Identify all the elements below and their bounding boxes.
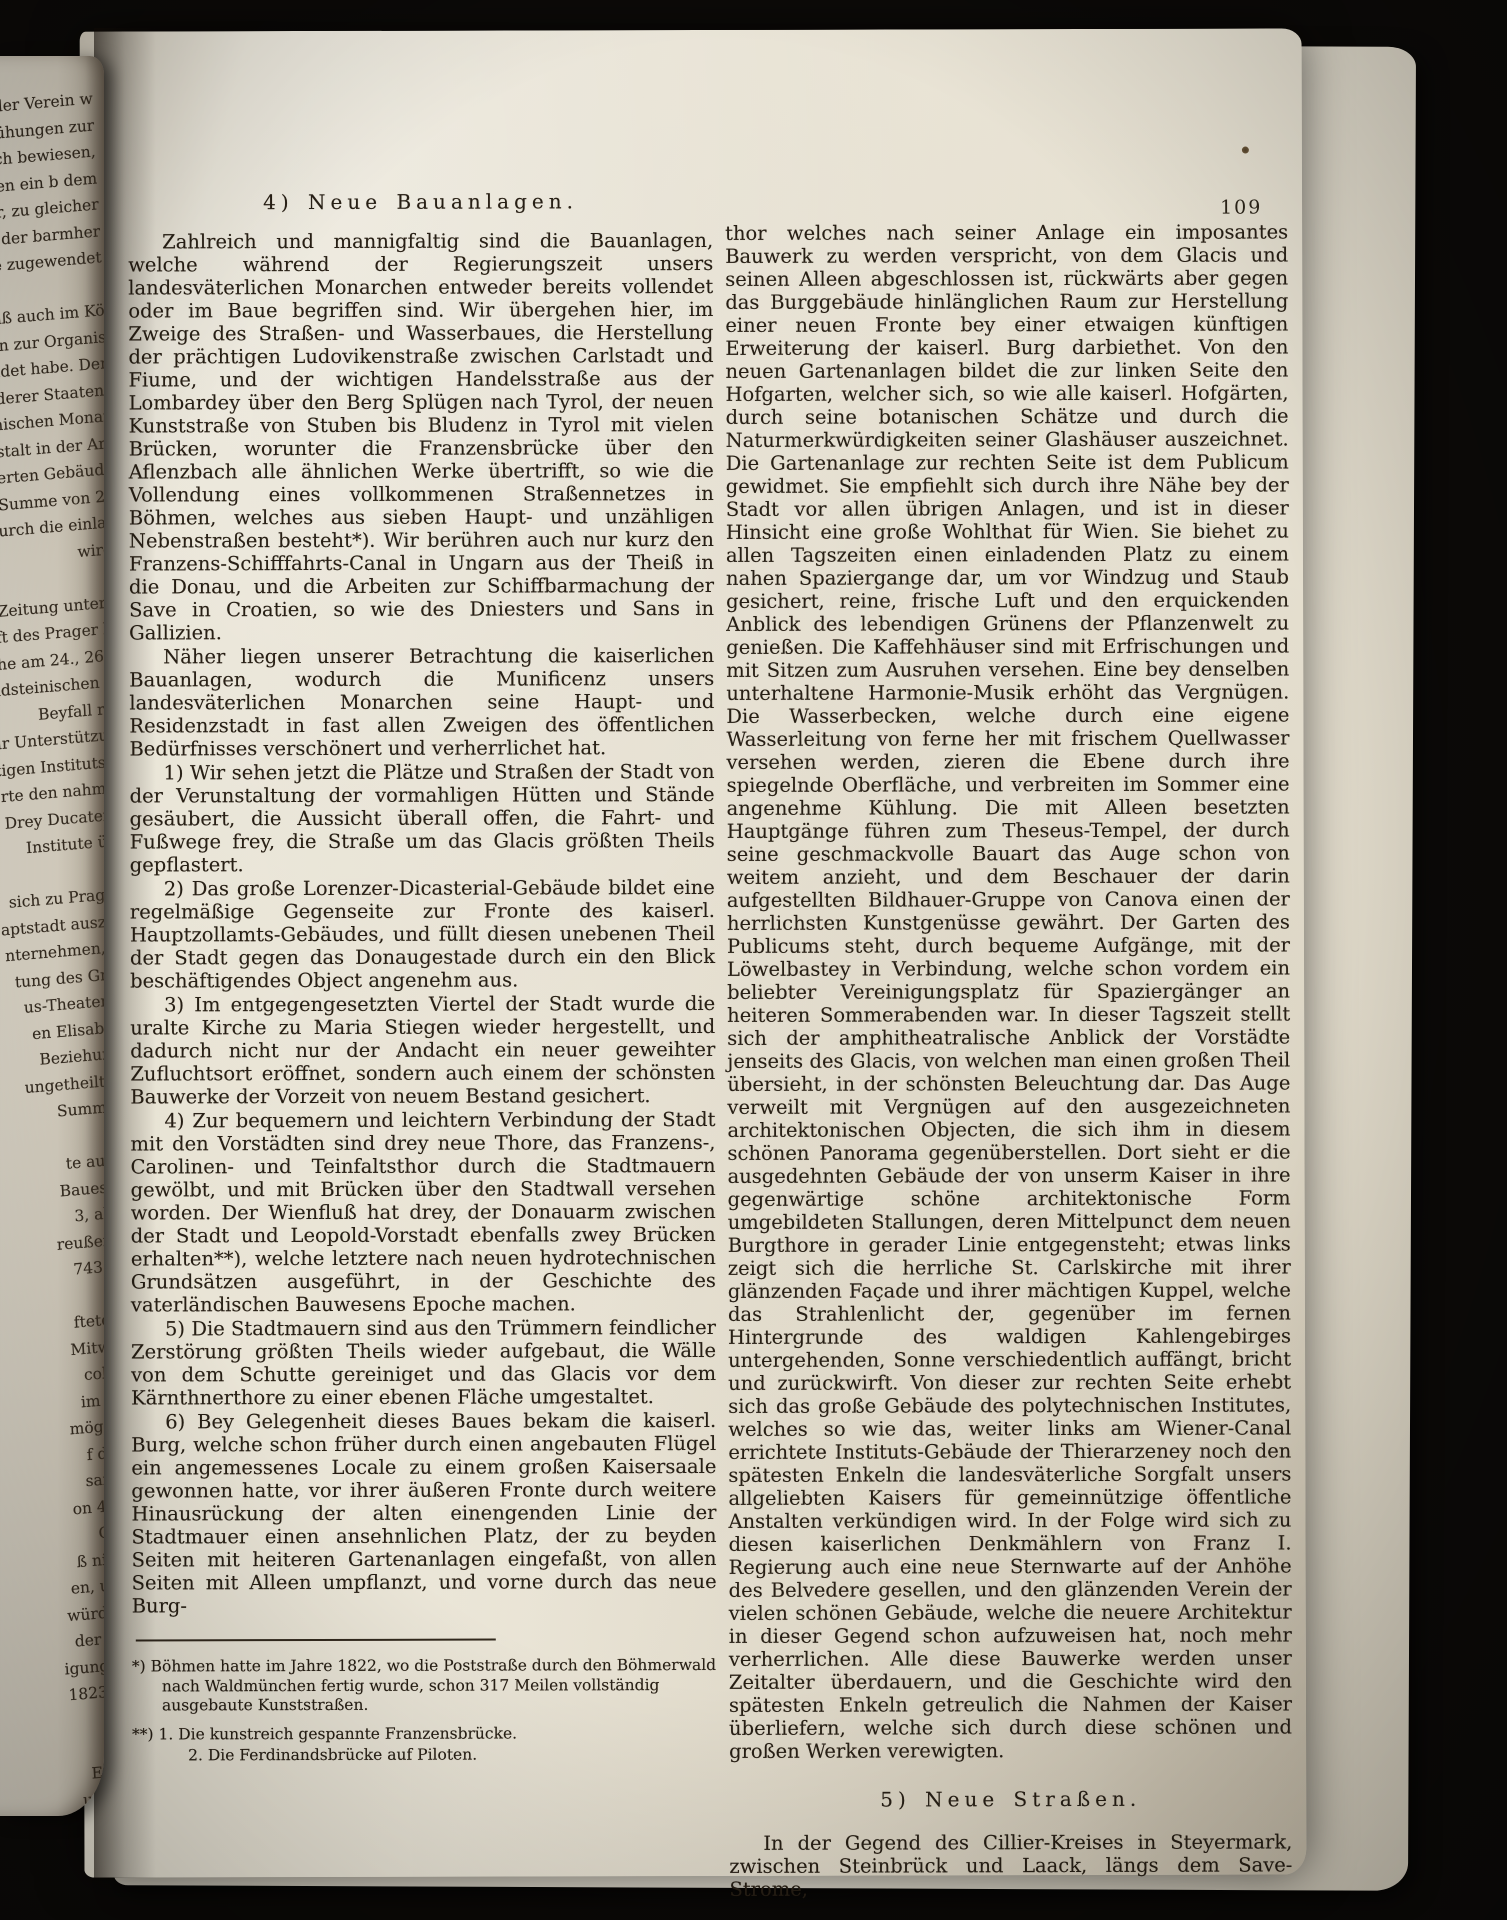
paragraph: In der Gegend des Cillier-Kreises in Ste… <box>729 1830 1292 1900</box>
footnote: **) 1. Die kunstreich gespannte Franzens… <box>132 1723 717 1744</box>
footnote: 2. Die Ferdinandsbrücke auf Piloten. <box>132 1745 717 1766</box>
previous-page-text-fragments: 1824 hat der Verein wne Bemühungen zurer… <box>0 89 104 1816</box>
left-column-paragraphs: Zahlreich und mannigfaltig sind die Baua… <box>128 229 717 1618</box>
paragraph: Näher liegen unserer Betrachtung die kai… <box>129 644 714 761</box>
paragraph: 5) Die Stadtmauern sind aus den Trümmern… <box>131 1316 716 1410</box>
paper-speck <box>1242 147 1249 154</box>
page-number: 109 <box>1220 197 1262 219</box>
paragraph: 3) Im entgegengesetzten Viertel der Stad… <box>130 992 715 1109</box>
paragraph-continuation: thor welches nach seiner Anlage ein impo… <box>725 220 1292 1762</box>
footnote: *) Böhmen hatte im Jahre 1822, wo die Po… <box>132 1656 717 1716</box>
book-page: 109 4) Neue Bauanlagen. Zahlreich und ma… <box>80 28 1307 1877</box>
section-heading-neue-bauanlagen: 4) Neue Bauanlagen. <box>128 190 713 215</box>
footnote-rule <box>136 1639 496 1642</box>
previous-page-edge: 1824 hat der Verein wne Bemühungen zurer… <box>0 56 104 1816</box>
right-column: thor welches nach seiner Anlage ein impo… <box>725 220 1292 1901</box>
book-photo: 109 4) Neue Bauanlagen. Zahlreich und ma… <box>0 0 1507 1920</box>
paragraph: 6) Bey Gelegenheit dieses Baues bekam di… <box>131 1409 717 1618</box>
footnotes: *) Böhmen hatte im Jahre 1822, wo die Po… <box>132 1656 717 1766</box>
paragraph: 4) Zur bequemern und leichtern Verbindun… <box>130 1108 716 1317</box>
section-heading-neue-strassen: 5) Neue Straßen. <box>729 1787 1292 1811</box>
left-column: 4) Neue Bauanlagen. Zahlreich und mannig… <box>128 190 717 1775</box>
paragraph: 2) Das große Lorenzer-Dicasterial-Gebäud… <box>130 876 715 993</box>
paragraph: Zahlreich und mannigfaltig sind die Baua… <box>128 229 714 645</box>
paragraph: 1) Wir sehen jetzt die Plätze und Straße… <box>129 760 714 877</box>
